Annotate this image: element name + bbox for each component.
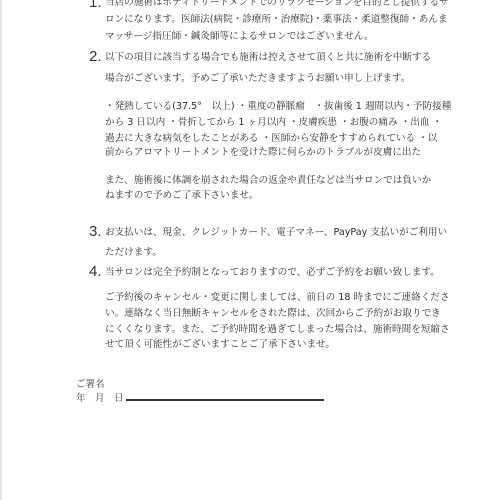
item-text-line: お支払いは、現金、クレジットカード、電子マネー、PayPay 支払いがご利用い <box>105 227 447 239</box>
condition-line: から 3 日以内 ・骨折してから 1 ヶ月以内 ・皮膚疾患 ・お腹の痛み ・出血… <box>105 117 442 129</box>
item-note-line: い。連絡なく当日無断キャンセルをされた際は、次回からご予約がお取りでき <box>105 308 441 320</box>
item-number: 2. <box>89 48 102 65</box>
item-note-line: また、施術後に体調を崩された場合の返金や責任などは当サロンでは負いか <box>105 175 431 187</box>
item-note-line: ねますので予めご了承下さいませ。 <box>105 190 258 202</box>
item-note-line: ご予約後のキャンセル・変更に関しましては、前日の 18 時までにご連絡くださ <box>105 292 450 304</box>
condition-line: 過去に大きな病気をしたことがある ・医師から安静をすすめられている ・以 <box>105 133 437 145</box>
item-text-line: ただけます。 <box>105 247 162 259</box>
condition-line: 前からアロマトリートメントを受けた際に何らかのトラブルが皮膚に出た <box>105 147 421 159</box>
item-text-line: マッサージ指圧師・鍼灸師等によるサロンではございません。 <box>105 31 374 43</box>
item-text-line: 場合がございます。予めご了承いただきますようお願い申し上げます。 <box>105 73 410 85</box>
item-note-line: せて頂く可能性がございますことご了承下さいませ。 <box>105 339 335 351</box>
document-page: 1. 当店の施術はボディトリートメントでのリラクゼーションを目的とし提供するサ … <box>0 0 500 500</box>
item-text-line: 以下の項目に該当する場合でも施術は控えさせて頂くと共に施術を中断する <box>105 52 431 64</box>
signature-label: ご署名 <box>76 376 105 390</box>
signature-line[interactable] <box>126 399 324 401</box>
date-label: 年 月 日 <box>76 390 124 404</box>
item-number: 3. <box>89 223 102 240</box>
condition-line: ・発熱している(37.5° 以上) ・重度の静脈瘤 ・抜歯後 1 週間以内・予防… <box>105 101 451 113</box>
item-text-line: 当サロンは完全予約制となっておりますので、必ずご予約をお願い致します。 <box>105 267 440 279</box>
item-text-line: 当店の施術はボディトリートメントでのリラクゼーションを目的とし提供するサ <box>105 0 449 9</box>
item-number: 4. <box>89 263 102 280</box>
item-text-line: ロンになります。医師法(病院・診療所・治療院)・薬事法・柔道整復師・あんま <box>105 14 448 26</box>
item-number: 1. <box>89 0 102 11</box>
item-note-line: にくくなります。また、ご予約時間を過ぎてしまった場合は、施術時間を短縮さ <box>105 324 450 336</box>
